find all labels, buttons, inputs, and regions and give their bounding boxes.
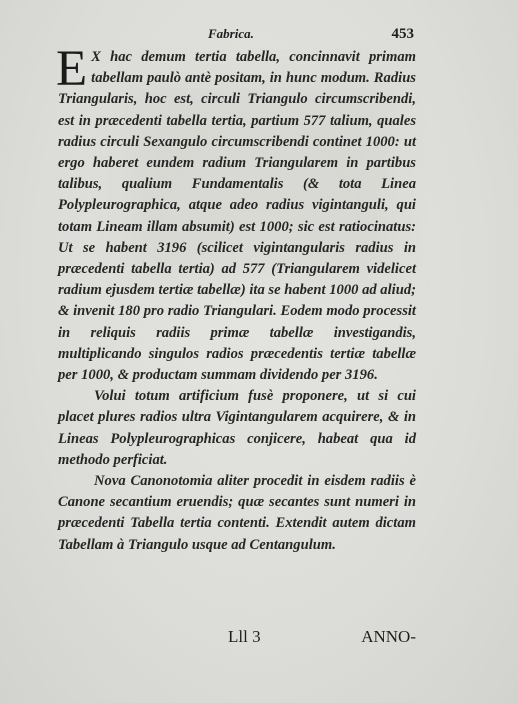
drop-cap: E: [56, 49, 87, 89]
paragraph-2: Volui totum artificium fusè proponere, u…: [58, 386, 416, 471]
page-header: Fabrica. 453: [58, 26, 414, 46]
catchword: ANNO-: [361, 627, 416, 647]
page-footer: Lll 3 ANNO-: [58, 627, 416, 649]
running-head: Fabrica.: [208, 26, 254, 42]
page-number: 453: [392, 26, 415, 43]
signature-mark: Lll 3: [228, 627, 261, 647]
paragraph-1: EX hac demum tertia tabella, concinnavit…: [58, 47, 416, 386]
body-text: EX hac demum tertia tabella, concinnavit…: [58, 47, 416, 556]
paragraph-3: Nova Canonotomia aliter procedit in eisd…: [58, 471, 416, 556]
book-page: Fabrica. 453 EX hac demum tertia tabella…: [0, 0, 518, 703]
paragraph-1-text: X hac demum tertia tabella, concinnavit …: [58, 49, 416, 383]
